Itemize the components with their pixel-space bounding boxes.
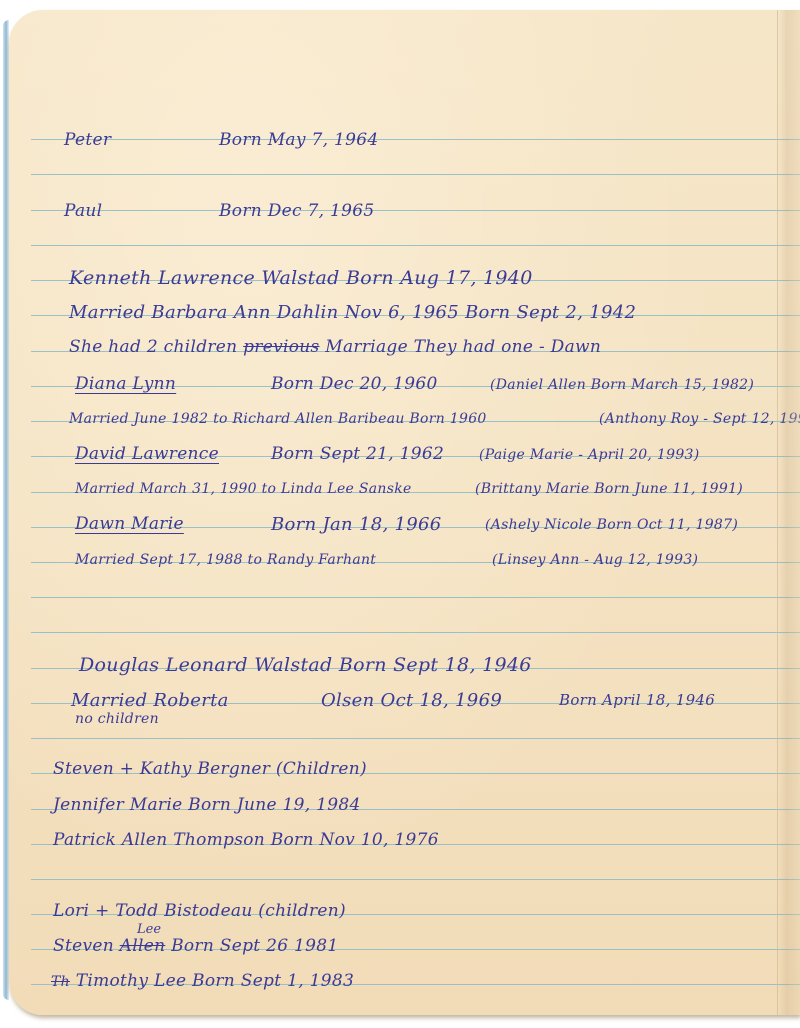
- child-born: Born Sept 21, 1962: [271, 446, 444, 463]
- rule-line: [31, 174, 800, 175]
- struck-text: previous: [243, 337, 319, 357]
- notebook-page: Peter Born May 7, 1964 Paul Born Dec 7, …: [9, 10, 800, 1015]
- child-born: Born Jan 18, 1966: [271, 516, 442, 534]
- rule-line: [31, 139, 800, 140]
- rule-line: [31, 738, 800, 739]
- inserted-text: Lee: [137, 922, 161, 937]
- married-text: Married Sept 17, 1988 to Randy Farhant: [75, 553, 376, 567]
- struck-text: Th: [51, 974, 70, 990]
- entry-birth: Born May 7, 1964: [219, 132, 378, 149]
- entry-birth: Born Dec 7, 1965: [219, 203, 375, 220]
- child-note: (Paige Marie - April 20, 1993): [479, 448, 700, 462]
- bistodeau-child-2: Th Timothy Lee Born Sept 1, 1983: [51, 973, 354, 990]
- child-name: Dawn Marie: [75, 516, 184, 533]
- rule-line: [31, 597, 800, 598]
- bergner-child-1: Jennifer Marie Born June 19, 1984: [53, 797, 361, 814]
- child-name: Timothy Lee: [76, 971, 187, 991]
- kenneth-line-2: Married Barbara Ann Dahlin Nov 6, 1965 B…: [69, 304, 636, 322]
- rule-line: [31, 632, 800, 633]
- married-note: (Linsey Ann - Aug 12, 1993): [492, 553, 698, 567]
- child-name: David Lawrence: [75, 446, 219, 463]
- married-note: (Brittany Marie Born June 11, 1991): [475, 482, 743, 496]
- kenneth-line-1: Kenneth Lawrence Walstad Born Aug 17, 19…: [69, 269, 533, 288]
- child-note: (Ashely Nicole Born Oct 11, 1987): [485, 518, 738, 532]
- bergner-header: Steven + Kathy Bergner (Children): [53, 761, 367, 778]
- child-name: Diana Lynn: [75, 376, 176, 393]
- bistodeau-header: Lori + Todd Bistodeau (children): [53, 903, 346, 920]
- rule-line: [31, 879, 800, 880]
- child-name: Steven: [53, 936, 114, 956]
- child-born: Born Sept 1, 1983: [192, 971, 354, 991]
- married-text: Married March 31, 1990 to Linda Lee Sans…: [75, 482, 412, 496]
- child-note: (Daniel Allen Born March 15, 1982): [490, 378, 754, 392]
- bergner-child-2: Patrick Allen Thompson Born Nov 10, 1976: [53, 832, 439, 849]
- kenneth-line-3: She had 2 children previous Marriage The…: [69, 339, 601, 356]
- entry-name: Peter: [64, 132, 111, 149]
- married-text: Married Roberta: [71, 692, 229, 710]
- douglas-line-1: Douglas Leonard Walstad Born Sept 18, 19…: [79, 656, 532, 675]
- douglas-line-3: no children: [75, 712, 159, 726]
- struck-text: Allen: [120, 936, 166, 956]
- rule-line: [31, 245, 800, 246]
- text: She had 2 children: [69, 337, 243, 357]
- child-born: Born Dec 20, 1960: [271, 376, 438, 393]
- marriage-date: Olsen Oct 18, 1969: [321, 692, 502, 710]
- bistodeau-child-1: Steven Allen Born Sept 26 1981: [53, 938, 339, 955]
- spouse-born: Born April 18, 1946: [559, 693, 715, 708]
- married-text: Married June 1982 to Richard Allen Barib…: [69, 412, 487, 426]
- text: Marriage They had one - Dawn: [320, 337, 602, 357]
- married-note: (Anthony Roy - Sept 12, 1993): [599, 412, 800, 426]
- child-born: Born Sept 26 1981: [171, 936, 338, 956]
- rule-line: [31, 210, 800, 211]
- entry-name: Paul: [64, 203, 102, 220]
